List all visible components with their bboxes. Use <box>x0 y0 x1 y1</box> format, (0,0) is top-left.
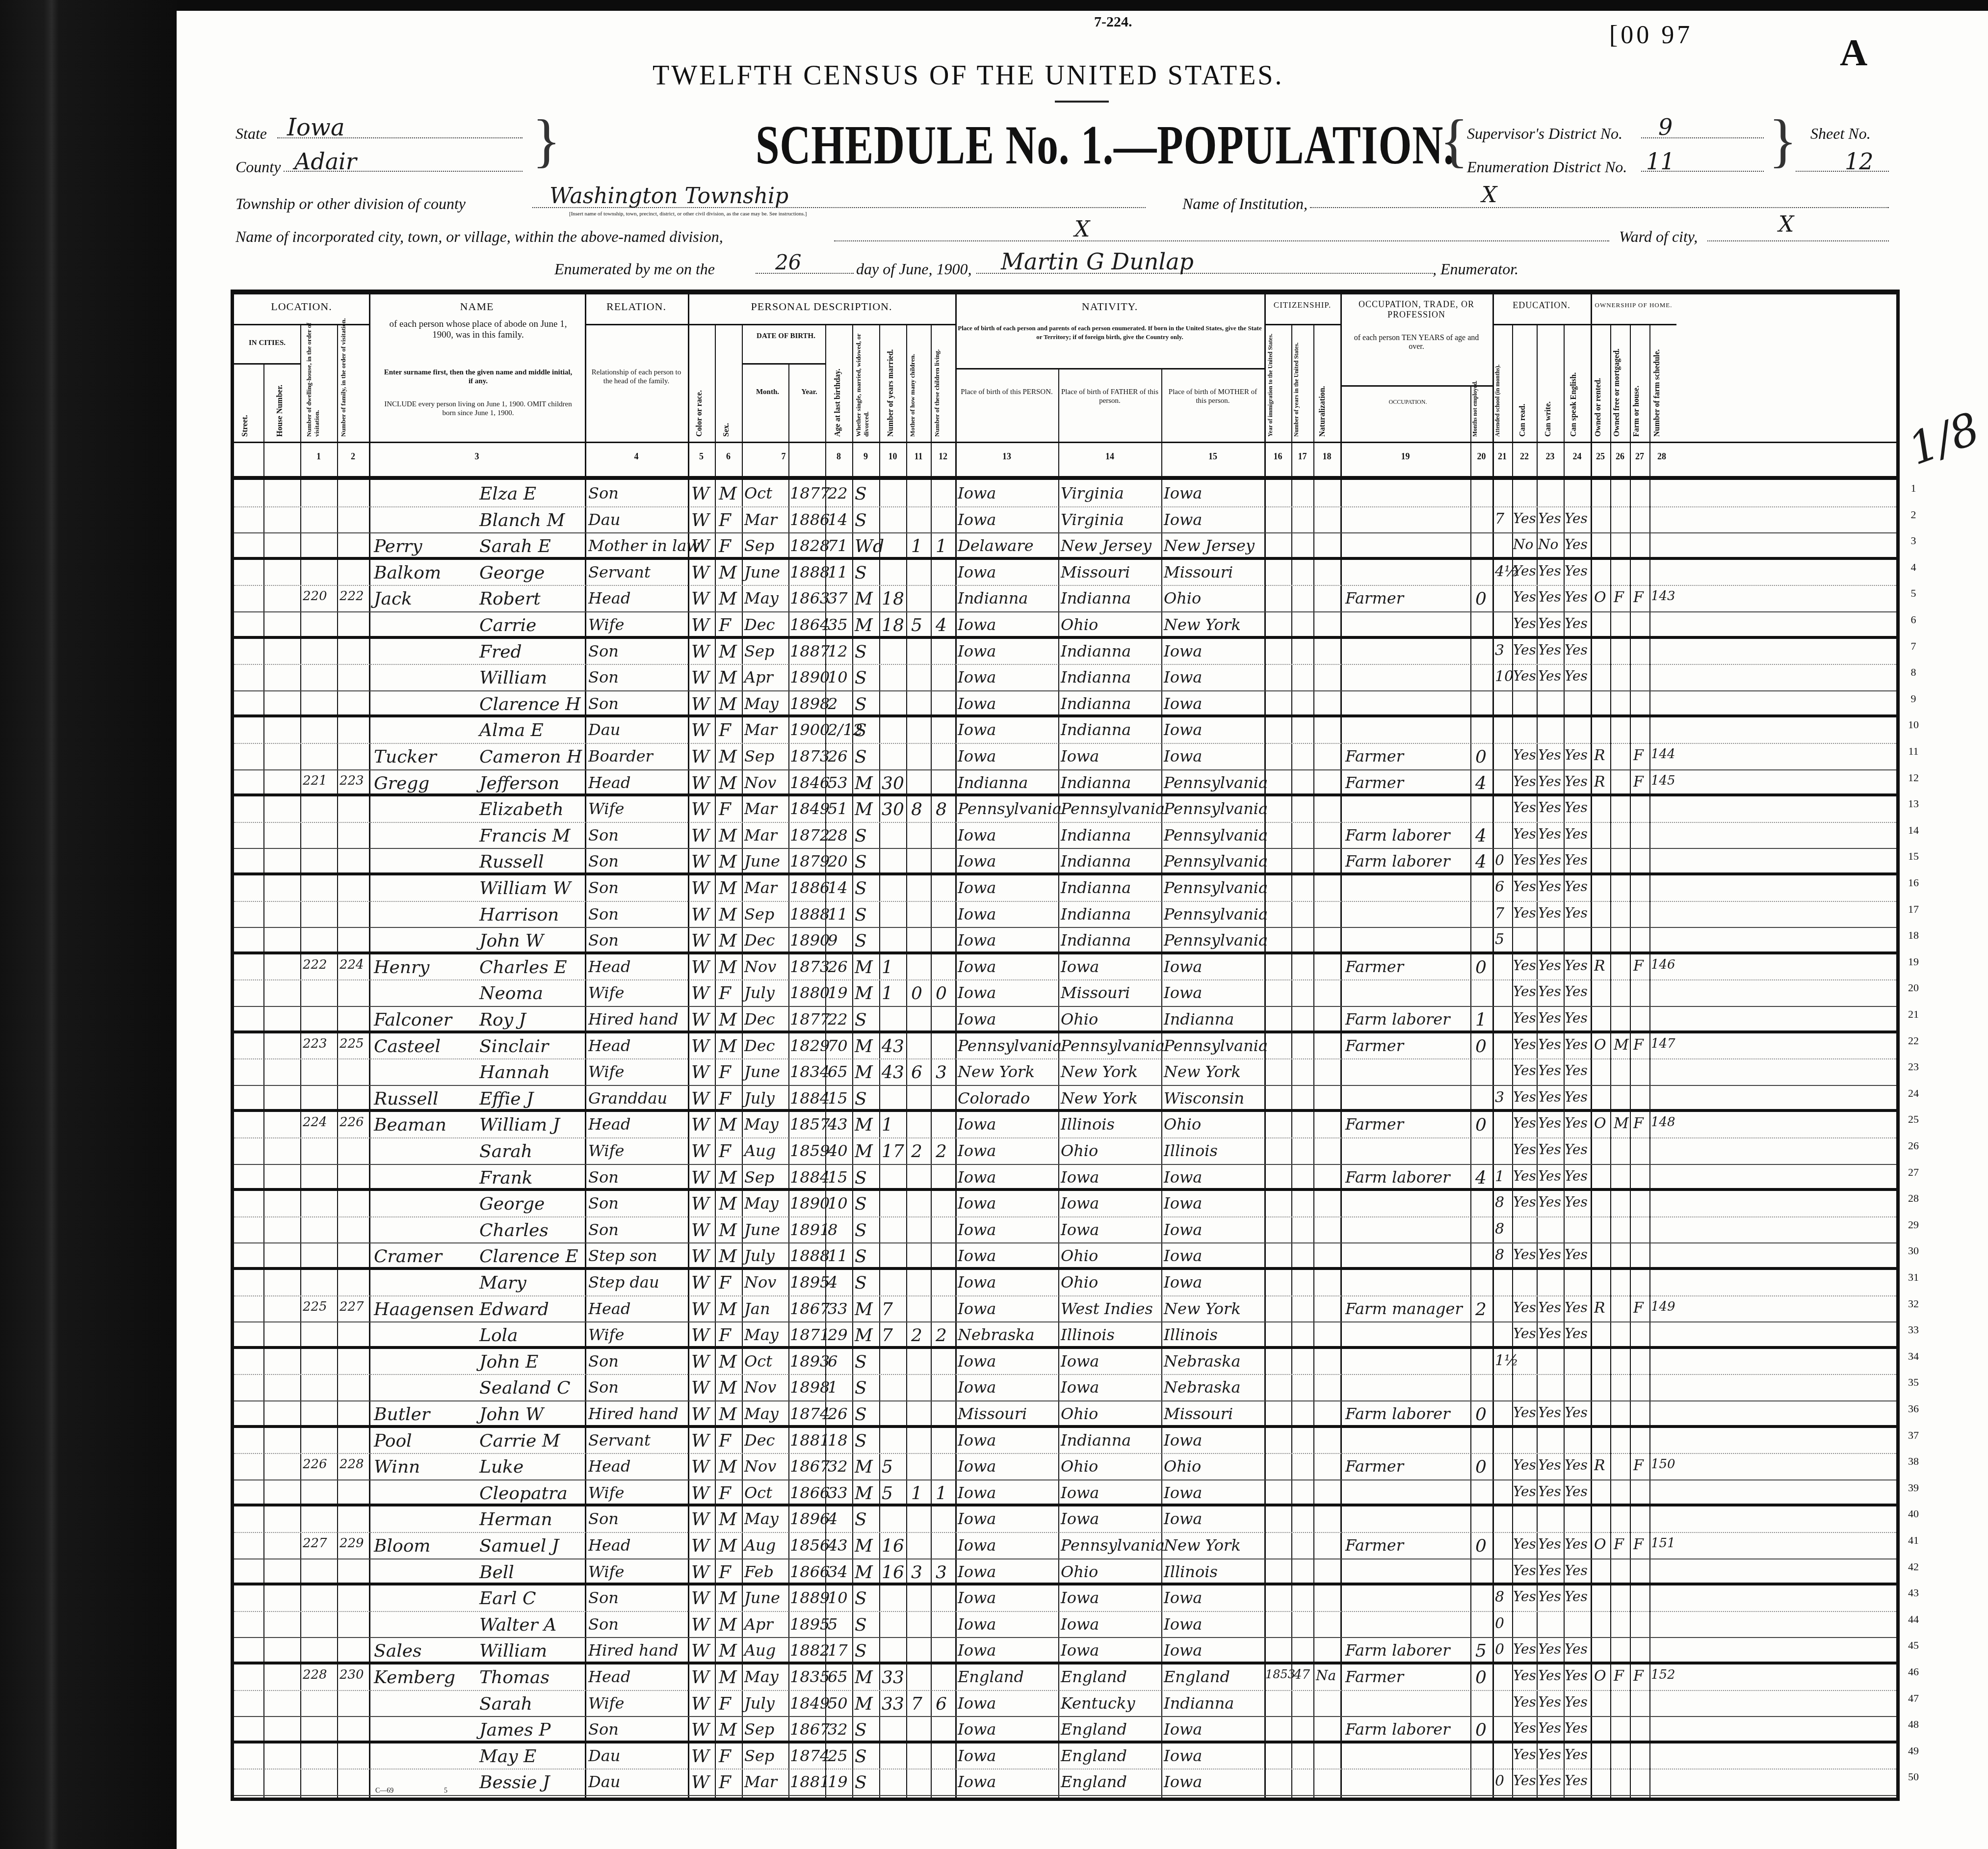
given-name: Mary <box>479 1273 526 1293</box>
color-race: W <box>691 1615 709 1635</box>
birthplace-father: Ohio <box>1061 1010 1098 1029</box>
birthplace-mother: New York <box>1164 1299 1241 1318</box>
can-write: Yes <box>1538 1720 1561 1736</box>
header-immigration: Year of immigration to the United States… <box>1267 314 1291 437</box>
sex: M <box>719 1352 737 1372</box>
line-number: 6 <box>1904 613 1923 626</box>
birth-year: 1891 <box>790 1220 830 1239</box>
relation: Son <box>588 905 619 924</box>
color-race: W <box>691 747 709 767</box>
line-number: 39 <box>1904 1481 1923 1494</box>
school-months: 6 <box>1495 878 1504 896</box>
can-speak-english: Yes <box>1565 983 1588 1000</box>
birthplace-father: Kentucky <box>1061 1694 1135 1713</box>
surname: Cramer <box>374 1246 442 1267</box>
birthplace-father: Ohio <box>1061 615 1098 634</box>
can-read: Yes <box>1513 1772 1536 1789</box>
owned-or-rented: O <box>1594 1667 1606 1685</box>
marital-status: S <box>855 931 867 951</box>
marital-status: S <box>855 1588 867 1609</box>
marital-status: S <box>855 1746 867 1767</box>
age: 28 <box>828 826 848 845</box>
birthplace-person: Iowa <box>958 484 996 502</box>
school-months: 8 <box>1495 1588 1504 1606</box>
relation: Son <box>588 1194 619 1213</box>
relation: Son <box>588 1220 619 1239</box>
marital-status: M <box>855 773 873 793</box>
marital-status: M <box>855 1062 873 1083</box>
birthplace-father: Indianna <box>1061 931 1131 950</box>
birthplace-person: Iowa <box>958 1010 996 1029</box>
birthplace-mother: New Jersey <box>1164 536 1255 555</box>
relation: Son <box>588 694 619 713</box>
given-name: William W <box>479 878 571 898</box>
county-label: County <box>235 158 281 176</box>
table-row: Cleopatra Wife W F Oct 1866 33 M 5 1 1 I… <box>234 1480 1896 1507</box>
line-number: 28 <box>1904 1192 1923 1205</box>
occupation: Farm laborer <box>1345 1720 1450 1739</box>
margin-note: 1/8 <box>1902 402 1986 475</box>
birthplace-father: Indianna <box>1061 694 1131 713</box>
can-speak-english: Yes <box>1565 878 1588 895</box>
years-married: 43 <box>882 1036 904 1057</box>
occupation: Farm laborer <box>1345 1010 1450 1029</box>
marital-status: S <box>855 1378 867 1398</box>
given-name: Jefferson <box>479 773 559 793</box>
marital-status: S <box>855 1352 867 1372</box>
birth-month: Oct <box>744 1483 772 1502</box>
given-name: Clarence E <box>479 1246 578 1267</box>
sex: M <box>719 1036 737 1057</box>
birthplace-father: New York <box>1061 1062 1138 1081</box>
months-unemployed: 0 <box>1475 589 1487 609</box>
birth-month: July <box>744 1089 775 1108</box>
relation: Hired hand <box>588 1641 679 1660</box>
table-row: May E Dau W F Sep 1874 25 S Iowa England… <box>234 1743 1896 1770</box>
children-living: 8 <box>936 799 947 819</box>
months-unemployed: 5 <box>1475 1641 1487 1661</box>
birthplace-mother: Ohio <box>1164 589 1201 608</box>
birth-year: 1856 <box>790 1536 830 1555</box>
table-row: Falconer Roy J Hired hand W M Dec 1877 2… <box>234 1007 1896 1033</box>
can-read: Yes <box>1513 1141 1536 1158</box>
in-cities-label: IN CITIES. <box>236 339 298 347</box>
header-family: Number of family, in the order of visita… <box>340 314 364 437</box>
sex: M <box>719 1378 737 1398</box>
can-write: Yes <box>1538 589 1561 605</box>
birthplace-mother: Ohio <box>1164 1457 1201 1476</box>
age: 12 <box>828 642 848 660</box>
header-naturalization: Naturalization. <box>1318 334 1327 437</box>
dwelling-number: 223 <box>303 1036 327 1051</box>
birthplace-person: Iowa <box>958 957 996 976</box>
months-unemployed: 4 <box>1475 826 1487 846</box>
owned-or-rented: R <box>1594 773 1605 791</box>
sex: M <box>719 931 737 951</box>
birth-year: 1867 <box>790 1457 830 1476</box>
birth-year: 1874 <box>790 1404 830 1423</box>
age: 20 <box>828 852 848 871</box>
can-speak-english: Yes <box>1565 1483 1588 1500</box>
table-row: Russell Effie J Granddau W F July 1884 1… <box>234 1086 1896 1112</box>
birth-month: Nov <box>744 1378 776 1397</box>
marital-status: S <box>855 1246 867 1267</box>
birthplace-person: Iowa <box>958 983 996 1002</box>
can-speak-english: Yes <box>1565 905 1588 921</box>
owned-free-mortgaged: M <box>1614 1036 1629 1054</box>
county-value: Adair <box>294 148 357 175</box>
sex: M <box>719 1299 737 1320</box>
owned-or-rented: R <box>1594 747 1605 764</box>
age: 9 <box>828 931 837 950</box>
occupation: Farmer <box>1345 1457 1404 1476</box>
color-race: W <box>691 1404 709 1425</box>
header-farm-house: Farm or house. <box>1632 348 1641 437</box>
line-number: 50 <box>1904 1770 1923 1783</box>
relation: Wife <box>588 1062 624 1081</box>
birthplace-father: Pennsylvania <box>1061 799 1165 818</box>
surname: Haagensen <box>374 1299 474 1320</box>
can-read: Yes <box>1513 1483 1536 1500</box>
relation: Son <box>588 931 619 950</box>
can-read: Yes <box>1513 983 1536 1000</box>
birthplace-mother: Illinois <box>1164 1562 1218 1581</box>
enumerated-day-line <box>756 273 854 274</box>
birthplace-person: Iowa <box>958 1194 996 1213</box>
birthplace-mother: Pennsylvania <box>1164 799 1268 818</box>
relation: Step dau <box>588 1273 659 1292</box>
line-number: 15 <box>1904 850 1923 863</box>
marital-status: M <box>855 1536 873 1556</box>
family-number: 223 <box>340 773 364 788</box>
farm-schedule-number: 152 <box>1651 1667 1675 1682</box>
can-read: Yes <box>1513 563 1536 579</box>
marital-status: S <box>855 510 867 530</box>
marital-status: S <box>855 1720 867 1740</box>
months-unemployed: 0 <box>1475 1036 1487 1057</box>
colno-13: 13 <box>955 451 1058 462</box>
age: 22 <box>828 1010 848 1029</box>
birth-year: 1871 <box>790 1325 830 1344</box>
colno-5: 5 <box>688 451 715 462</box>
months-unemployed: 0 <box>1475 1720 1487 1740</box>
color-race: W <box>691 1588 709 1609</box>
birthplace-person: New York <box>958 1062 1035 1081</box>
color-race: W <box>691 957 709 977</box>
age: 19 <box>828 1772 848 1791</box>
birthplace-father: Virginia <box>1061 510 1124 529</box>
birthplace-father: Pennsylvania <box>1061 1036 1165 1055</box>
can-write: Yes <box>1538 1036 1561 1053</box>
institution-label: Name of Institution, <box>1182 195 1308 213</box>
line-number: 1 <box>1904 482 1923 495</box>
line-number: 3 <box>1904 534 1923 547</box>
birthplace-mother: Illinois <box>1164 1141 1218 1160</box>
school-months: 7 <box>1495 905 1504 922</box>
age: 70 <box>828 1036 848 1055</box>
color-race: W <box>691 1115 709 1135</box>
age: 65 <box>828 1062 848 1081</box>
birthplace-person: Iowa <box>958 1615 996 1634</box>
line-number: 25 <box>1904 1113 1923 1126</box>
sex: F <box>719 1141 731 1162</box>
relation: Wife <box>588 1325 624 1344</box>
birthplace-father: Ohio <box>1061 1457 1098 1476</box>
birthplace-father: New Jersey <box>1061 536 1151 555</box>
birth-month: May <box>744 1667 779 1686</box>
farm-schedule-number: 144 <box>1651 747 1675 762</box>
dwelling-number: 225 <box>303 1299 327 1314</box>
mother-of-children: 5 <box>911 615 922 635</box>
birth-year: 1884 <box>790 1089 830 1108</box>
color-race: W <box>691 1772 709 1793</box>
family-number: 229 <box>340 1536 364 1551</box>
birth-year: 1890 <box>790 1194 830 1213</box>
farm-or-house: F <box>1633 1115 1644 1132</box>
birth-month: May <box>744 589 779 608</box>
mother-of-children: 3 <box>911 1562 922 1583</box>
birth-year: 1898 <box>790 694 830 713</box>
farm-or-house: F <box>1633 1036 1644 1054</box>
sex: F <box>719 983 731 1004</box>
can-speak-english: Yes <box>1565 747 1588 763</box>
farm-schedule-number: 150 <box>1651 1457 1675 1472</box>
given-name: George <box>479 563 545 583</box>
years-married: 1 <box>882 983 893 1004</box>
can-write: Yes <box>1538 1246 1561 1263</box>
children-living: 0 <box>936 983 947 1004</box>
hdr-rule <box>742 363 825 365</box>
table-row: Alma E Dau W F Mar 1900 2/12 S Iowa Indi… <box>234 717 1896 744</box>
table-row: 224 226 Beaman William J Head W M May 18… <box>234 1112 1896 1138</box>
birthplace-person: Iowa <box>958 1378 996 1397</box>
sex: M <box>719 1641 737 1661</box>
owned-or-rented: O <box>1594 1536 1606 1553</box>
birthplace-mother: Pennsylvania <box>1164 878 1268 897</box>
birth-year: 1864 <box>790 615 830 634</box>
can-write: Yes <box>1538 826 1561 842</box>
scanner-border <box>0 0 177 1849</box>
birthplace-person: Iowa <box>958 642 996 660</box>
given-name: William J <box>479 1115 560 1135</box>
can-speak-english: Yes <box>1565 852 1588 868</box>
relation: Boarder <box>588 747 653 766</box>
birth-month: Sep <box>744 1168 774 1187</box>
colno-9: 9 <box>852 451 879 462</box>
header-children-living: Number of these children living. <box>933 314 953 437</box>
birth-year: 1887 <box>790 642 830 660</box>
birth-month: May <box>744 1325 779 1344</box>
given-name: Bell <box>479 1562 514 1583</box>
relation: Son <box>588 852 619 871</box>
years-married: 5 <box>882 1457 893 1477</box>
birth-month: May <box>744 1509 779 1528</box>
relation: Son <box>588 1720 619 1739</box>
enumeration-value: 11 <box>1646 148 1675 175</box>
birthplace-mother: Iowa <box>1164 668 1202 687</box>
marital-status: S <box>855 1772 867 1793</box>
stamp-number: [00 97 <box>1609 21 1693 50</box>
can-speak-english: Yes <box>1565 1246 1588 1263</box>
birth-year: 1877 <box>790 1010 830 1029</box>
sex: M <box>719 957 737 977</box>
hdr-rule <box>1264 324 1340 325</box>
can-read: Yes <box>1513 1299 1536 1316</box>
enumerator-label: , Enumerator. <box>1433 260 1518 278</box>
colno-27: 27 <box>1630 451 1649 462</box>
age: 71 <box>828 536 848 555</box>
marital-status: S <box>855 1641 867 1661</box>
birthplace-person: Iowa <box>958 1299 996 1318</box>
colno-26: 26 <box>1610 451 1630 462</box>
birth-month: May <box>744 694 779 713</box>
age: 14 <box>828 510 848 529</box>
can-speak-english: Yes <box>1565 957 1588 974</box>
family-number: 225 <box>340 1036 364 1051</box>
given-name: Frank <box>479 1168 533 1188</box>
table-row: 226 228 Winn Luke Head W M Nov 1867 32 M… <box>234 1454 1896 1480</box>
colno-10: 10 <box>879 451 906 462</box>
given-name: Earl C <box>479 1588 536 1609</box>
color-race: W <box>691 615 709 635</box>
farm-or-house: F <box>1633 1457 1644 1474</box>
can-write: Yes <box>1538 905 1561 921</box>
color-race: W <box>691 1273 709 1293</box>
can-speak-english: Yes <box>1565 1562 1588 1579</box>
supervisor-label: Supervisor's District No. <box>1467 125 1622 143</box>
marital-status: S <box>855 1273 867 1293</box>
color-race: W <box>691 484 709 504</box>
table-row: Earl C Son W M June 1889 10 S Iowa Iowa … <box>234 1585 1896 1612</box>
surname: Perry <box>374 536 422 556</box>
line-number: 18 <box>1904 929 1923 942</box>
can-read: Yes <box>1513 1246 1536 1263</box>
occupation: Farm laborer <box>1345 826 1450 845</box>
table-row: Lola Wife W F May 1871 29 M 7 2 2 Nebras… <box>234 1322 1896 1349</box>
given-name: Samuel J <box>479 1536 559 1556</box>
sex: M <box>719 1536 737 1556</box>
given-name: Herman <box>479 1509 552 1530</box>
table-row: Blanch M Dau W F Mar 1886 14 S Iowa Virg… <box>234 507 1896 534</box>
given-name: Charles E <box>479 957 567 977</box>
birthplace-father: Missouri <box>1061 563 1130 581</box>
birthplace-mother: England <box>1164 1667 1230 1686</box>
sex: M <box>719 484 737 504</box>
age: 33 <box>828 1483 848 1502</box>
color-race: W <box>691 1536 709 1556</box>
can-write: No <box>1538 536 1558 553</box>
birth-year: 1893 <box>790 1352 830 1371</box>
can-speak-english: Yes <box>1565 1588 1588 1605</box>
colno-2: 2 <box>337 451 369 462</box>
given-name: Edward <box>479 1299 549 1320</box>
line-number: 9 <box>1904 692 1923 705</box>
sex: M <box>719 773 737 793</box>
birthplace-mother: Iowa <box>1164 1168 1202 1187</box>
given-name: Bessie J <box>479 1772 549 1793</box>
birth-year: 1849 <box>790 799 830 818</box>
mother-of-children: 7 <box>911 1694 922 1714</box>
birthplace-mother: Iowa <box>1164 1746 1202 1765</box>
birth-month: July <box>744 1694 775 1713</box>
color-race: W <box>691 905 709 925</box>
table-row: Fred Son W M Sep 1887 12 S Iowa Indianna… <box>234 639 1896 665</box>
line-number: 24 <box>1904 1087 1923 1100</box>
given-name: William <box>479 1641 547 1661</box>
birthplace-father: Iowa <box>1061 1168 1099 1187</box>
can-read: Yes <box>1513 826 1536 842</box>
color-race: W <box>691 1141 709 1162</box>
relation: Wife <box>588 1141 624 1160</box>
months-unemployed: 0 <box>1475 1457 1487 1477</box>
header-age: Age at last birthday. <box>834 314 842 437</box>
birthplace-father: Iowa <box>1061 1641 1099 1660</box>
marital-status: M <box>855 1325 873 1346</box>
header-years-us: Number of years in the United States. <box>1293 314 1312 437</box>
age: 15 <box>828 1168 848 1187</box>
birth-month: Nov <box>744 773 776 792</box>
marital-status: S <box>855 563 867 583</box>
colno-28: 28 <box>1649 451 1674 462</box>
years-married: 17 <box>882 1141 904 1162</box>
colno-21: 21 <box>1492 451 1512 462</box>
birthplace-mother: Pennsylvania <box>1164 1036 1268 1055</box>
group-ownership: OWNERSHIP OF HOME. <box>1591 301 1676 309</box>
birthplace-person: Iowa <box>958 1431 996 1450</box>
birthplace-person: Iowa <box>958 1536 996 1555</box>
table-row: George Son W M May 1890 10 S Iowa Iowa I… <box>234 1191 1896 1217</box>
given-name: Sarah <box>479 1694 532 1714</box>
birth-month: Mar <box>744 720 777 739</box>
sex: F <box>719 1431 731 1451</box>
table-row: Bessie J Dau W F Mar 1881 19 S Iowa Engl… <box>234 1770 1896 1796</box>
birthplace-mother: Iowa <box>1164 694 1202 713</box>
age: 11 <box>828 563 848 581</box>
birthplace-mother: New York <box>1164 615 1241 634</box>
surname: Bloom <box>374 1536 430 1556</box>
hdr-rule <box>234 363 300 365</box>
owned-or-rented: R <box>1594 1299 1605 1317</box>
can-read: Yes <box>1513 615 1536 632</box>
birth-year: 1884 <box>790 1168 830 1187</box>
can-read: No <box>1513 536 1533 553</box>
color-race: W <box>691 563 709 583</box>
birthplace-father: Iowa <box>1061 1509 1099 1528</box>
birth-year: 1866 <box>790 1483 830 1502</box>
brace-right-close: } <box>1769 111 1797 170</box>
dwelling-number: 220 <box>303 589 327 604</box>
birth-year: 1873 <box>790 957 830 976</box>
owned-free-mortgaged: M <box>1614 1115 1629 1132</box>
birth-month: Mar <box>744 826 777 845</box>
dwelling-number: 222 <box>303 957 327 972</box>
color-race: W <box>691 1720 709 1740</box>
given-name: Walter A <box>479 1615 556 1635</box>
table-row: John E Son W M Oct 1893 6 S Iowa Iowa Ne… <box>234 1349 1896 1375</box>
birthplace-mother: Iowa <box>1164 510 1202 529</box>
surname: Sales <box>374 1641 421 1661</box>
birth-month: Mar <box>744 510 777 529</box>
given-name: Carrie M <box>479 1431 560 1451</box>
given-name: Charles <box>479 1220 549 1241</box>
can-speak-english: Yes <box>1565 1168 1588 1184</box>
birth-month: June <box>744 852 780 871</box>
color-race: W <box>691 931 709 951</box>
line-number: 7 <box>1904 640 1923 653</box>
given-name: Alma E <box>479 720 544 740</box>
color-race: W <box>691 1220 709 1241</box>
table-row: William W Son W M Mar 1886 14 S Iowa Ind… <box>234 875 1896 902</box>
